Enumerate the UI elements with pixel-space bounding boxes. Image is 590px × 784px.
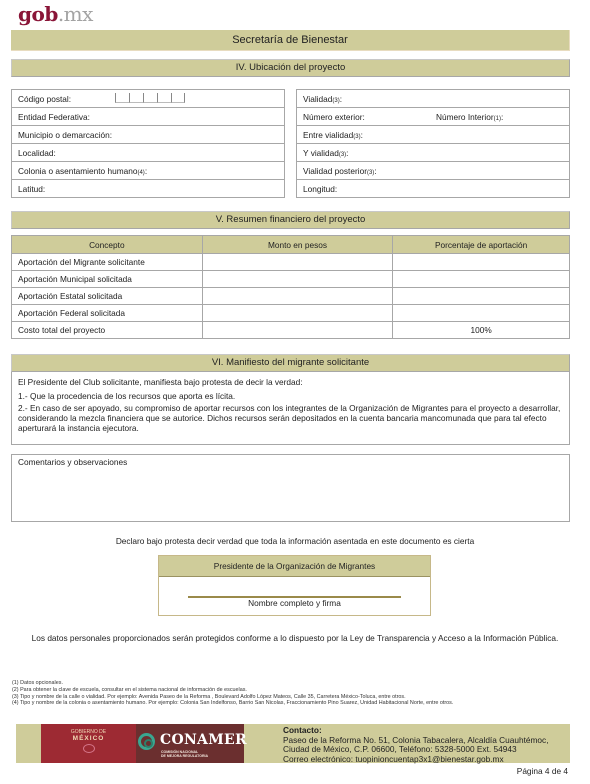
comments-field[interactable]: Comentarios y observaciones bbox=[11, 454, 570, 522]
field-y-vialidad[interactable]: Y vialidad(3): bbox=[297, 144, 569, 162]
conamer-logo: CONAMER COMISIÓN NACIONALDE MEJORA REGUL… bbox=[136, 724, 244, 763]
numero-interior-label: Número Interior(1): bbox=[436, 108, 503, 128]
postal-digit-box[interactable] bbox=[157, 93, 171, 103]
seal-icon bbox=[83, 744, 95, 753]
table-row: Aportación Municipal solicitada bbox=[12, 271, 570, 288]
vialidad-posterior-note: (3) bbox=[367, 170, 374, 176]
colonia-suffix: : bbox=[145, 166, 147, 176]
section-4-title: IV. Ubicación del proyecto bbox=[11, 59, 570, 77]
table-row: Costo total del proyecto 100% bbox=[12, 322, 570, 339]
field-latitud[interactable]: Latitud: bbox=[12, 180, 284, 198]
logo-mx: .mx bbox=[58, 2, 93, 26]
section-5-title: V. Resumen financiero del proyecto bbox=[11, 211, 570, 229]
footnote: (4) Tipo y nombre de la colonia o asenta… bbox=[12, 700, 453, 707]
colonia-note: (4) bbox=[137, 170, 144, 176]
percent-cell[interactable] bbox=[393, 305, 570, 322]
concept-cell: Aportación Federal solicitada bbox=[12, 305, 203, 322]
longitud-label: Longitud: bbox=[303, 184, 337, 194]
amount-cell[interactable] bbox=[202, 322, 393, 339]
signature-box: Presidente de la Organización de Migrant… bbox=[158, 555, 431, 616]
concept-cell: Costo total del proyecto bbox=[12, 322, 203, 339]
vialidad-posterior-label: Vialidad posterior bbox=[303, 166, 367, 176]
col-porcentaje: Porcentaje de aportación bbox=[393, 236, 570, 254]
colonia-label: Colonia o asentamiento humano bbox=[18, 166, 137, 176]
amount-cell[interactable] bbox=[202, 305, 393, 322]
privacy-notice: Los datos personales proporcionados será… bbox=[0, 633, 590, 643]
numero-exterior-label: Número exterior: bbox=[303, 112, 365, 122]
declaration-text: Declaro bajo protesta decir verdad que t… bbox=[0, 536, 590, 546]
manifest-intro: El Presidente del Club solicitante, mani… bbox=[18, 377, 563, 387]
percent-cell[interactable]: 100% bbox=[393, 322, 570, 339]
field-numero[interactable]: Número exterior: Número Interior(1): bbox=[297, 108, 569, 126]
concept-cell: Aportación Estatal solicitada bbox=[12, 288, 203, 305]
vialidad-suffix: : bbox=[340, 94, 342, 104]
footnotes: (1) Datos opcionales. (2) Para obtener l… bbox=[12, 680, 453, 707]
footnote: (3) Tipo y nombre de la calle o vialidad… bbox=[12, 694, 453, 701]
amount-cell[interactable] bbox=[202, 271, 393, 288]
numero-interior-text: Número Interior bbox=[436, 112, 494, 122]
table-header-row: Concepto Monto en pesos Porcentaje de ap… bbox=[12, 236, 570, 254]
amount-cell[interactable] bbox=[202, 288, 393, 305]
entre-vialidad-note: (3) bbox=[353, 134, 360, 140]
postal-digit-box[interactable] bbox=[129, 93, 143, 103]
postal-digit-box[interactable] bbox=[143, 93, 157, 103]
numero-interior-note: (1) bbox=[494, 116, 501, 122]
footnote: (2) Para obtener la clave de escuela, co… bbox=[12, 687, 453, 694]
table-row: Aportación Estatal solicitada bbox=[12, 288, 570, 305]
contact-title: Contacto: bbox=[283, 725, 322, 735]
y-vialidad-suffix: : bbox=[346, 148, 348, 158]
percent-cell[interactable] bbox=[393, 288, 570, 305]
percent-cell[interactable] bbox=[393, 254, 570, 271]
comments-label: Comentarios y observaciones bbox=[18, 457, 127, 467]
postal-code-label: Código postal: bbox=[18, 94, 71, 104]
postal-digit-box[interactable] bbox=[171, 93, 185, 103]
col-concepto: Concepto bbox=[12, 236, 203, 254]
field-entre-vialidad[interactable]: Entre vialidad(3): bbox=[297, 126, 569, 144]
field-vialidad-posterior[interactable]: Vialidad posterior(3): bbox=[297, 162, 569, 180]
conamer-ring-icon bbox=[138, 733, 155, 750]
y-vialidad-note: (3) bbox=[339, 152, 346, 158]
manifest-item-2: 2.- En caso de ser apoyado, su compromis… bbox=[18, 403, 563, 433]
field-vialidad[interactable]: Vialidad(3): bbox=[297, 90, 569, 108]
col-monto: Monto en pesos bbox=[202, 236, 393, 254]
footnote: (1) Datos opcionales. bbox=[12, 680, 453, 687]
field-entidad[interactable]: Entidad Federativa: bbox=[12, 108, 284, 126]
y-vialidad-label: Y vialidad bbox=[303, 148, 339, 158]
gob-mx-logo: gob.mx bbox=[18, 2, 93, 26]
field-municipio[interactable]: Municipio o demarcación: bbox=[12, 126, 284, 144]
vialidad-posterior-suffix: : bbox=[374, 166, 376, 176]
gobierno-de-mexico-logo: GOBIERNO DE MÉXICO bbox=[41, 724, 136, 763]
conamer-sub2: DE MEJORA REGULATORIA bbox=[161, 754, 208, 758]
table-row: Aportación Federal solicitada bbox=[12, 305, 570, 322]
vialidad-note: (3) bbox=[332, 98, 339, 104]
logo-gob: gob bbox=[18, 2, 58, 26]
field-postal-code[interactable]: Código postal: bbox=[12, 90, 284, 108]
percent-cell[interactable] bbox=[393, 271, 570, 288]
manifest-item-1: 1.- Que la procedencia de los recursos q… bbox=[18, 391, 563, 401]
contact-info: Contacto: Paseo de la Reforma No. 51, Co… bbox=[283, 726, 549, 764]
section-6-title: VI. Manifiesto del migrante solicitante bbox=[11, 354, 570, 372]
postal-code-boxes[interactable] bbox=[115, 93, 185, 103]
vialidad-label: Vialidad bbox=[303, 94, 332, 104]
page-header: Secretaría de Bienestar bbox=[11, 30, 570, 51]
numero-interior-suffix: : bbox=[501, 112, 503, 122]
conamer-subtitle: COMISIÓN NACIONALDE MEJORA REGULATORIA bbox=[161, 750, 208, 758]
field-colonia[interactable]: Colonia o asentamiento humano(4): bbox=[12, 162, 284, 180]
field-longitud[interactable]: Longitud: bbox=[297, 180, 569, 198]
latitud-label: Latitud: bbox=[18, 184, 45, 194]
concept-cell: Aportación del Migrante solicitante bbox=[12, 254, 203, 271]
signature-title: Presidente de la Organización de Migrant… bbox=[159, 556, 430, 577]
entre-vialidad-label: Entre vialidad bbox=[303, 130, 353, 140]
amount-cell[interactable] bbox=[202, 254, 393, 271]
manifest-box: El Presidente del Club solicitante, mani… bbox=[11, 372, 570, 445]
postal-digit-box[interactable] bbox=[115, 93, 129, 103]
location-left-grid: Código postal: Entidad Federativa: Munic… bbox=[11, 89, 285, 198]
localidad-label: Localidad: bbox=[18, 148, 56, 158]
contact-email: Correo electrónico: tuopinioncuentap3x1@… bbox=[283, 755, 549, 765]
field-localidad[interactable]: Localidad: bbox=[12, 144, 284, 162]
signature-caption: Nombre completo y firma bbox=[159, 598, 430, 608]
municipio-label: Municipio o demarcación: bbox=[18, 130, 112, 140]
financial-table: Concepto Monto en pesos Porcentaje de ap… bbox=[11, 235, 570, 339]
gov-logo-line2: MÉXICO bbox=[41, 735, 136, 742]
conamer-name: CONAMER bbox=[160, 732, 247, 748]
concept-cell: Aportación Municipal solicitada bbox=[12, 271, 203, 288]
table-row: Aportación del Migrante solicitante bbox=[12, 254, 570, 271]
page-indicator: Página 4 de 4 bbox=[517, 766, 568, 776]
entidad-label: Entidad Federativa: bbox=[18, 112, 90, 122]
location-right-grid: Vialidad(3): Número exterior: Número Int… bbox=[296, 89, 570, 198]
